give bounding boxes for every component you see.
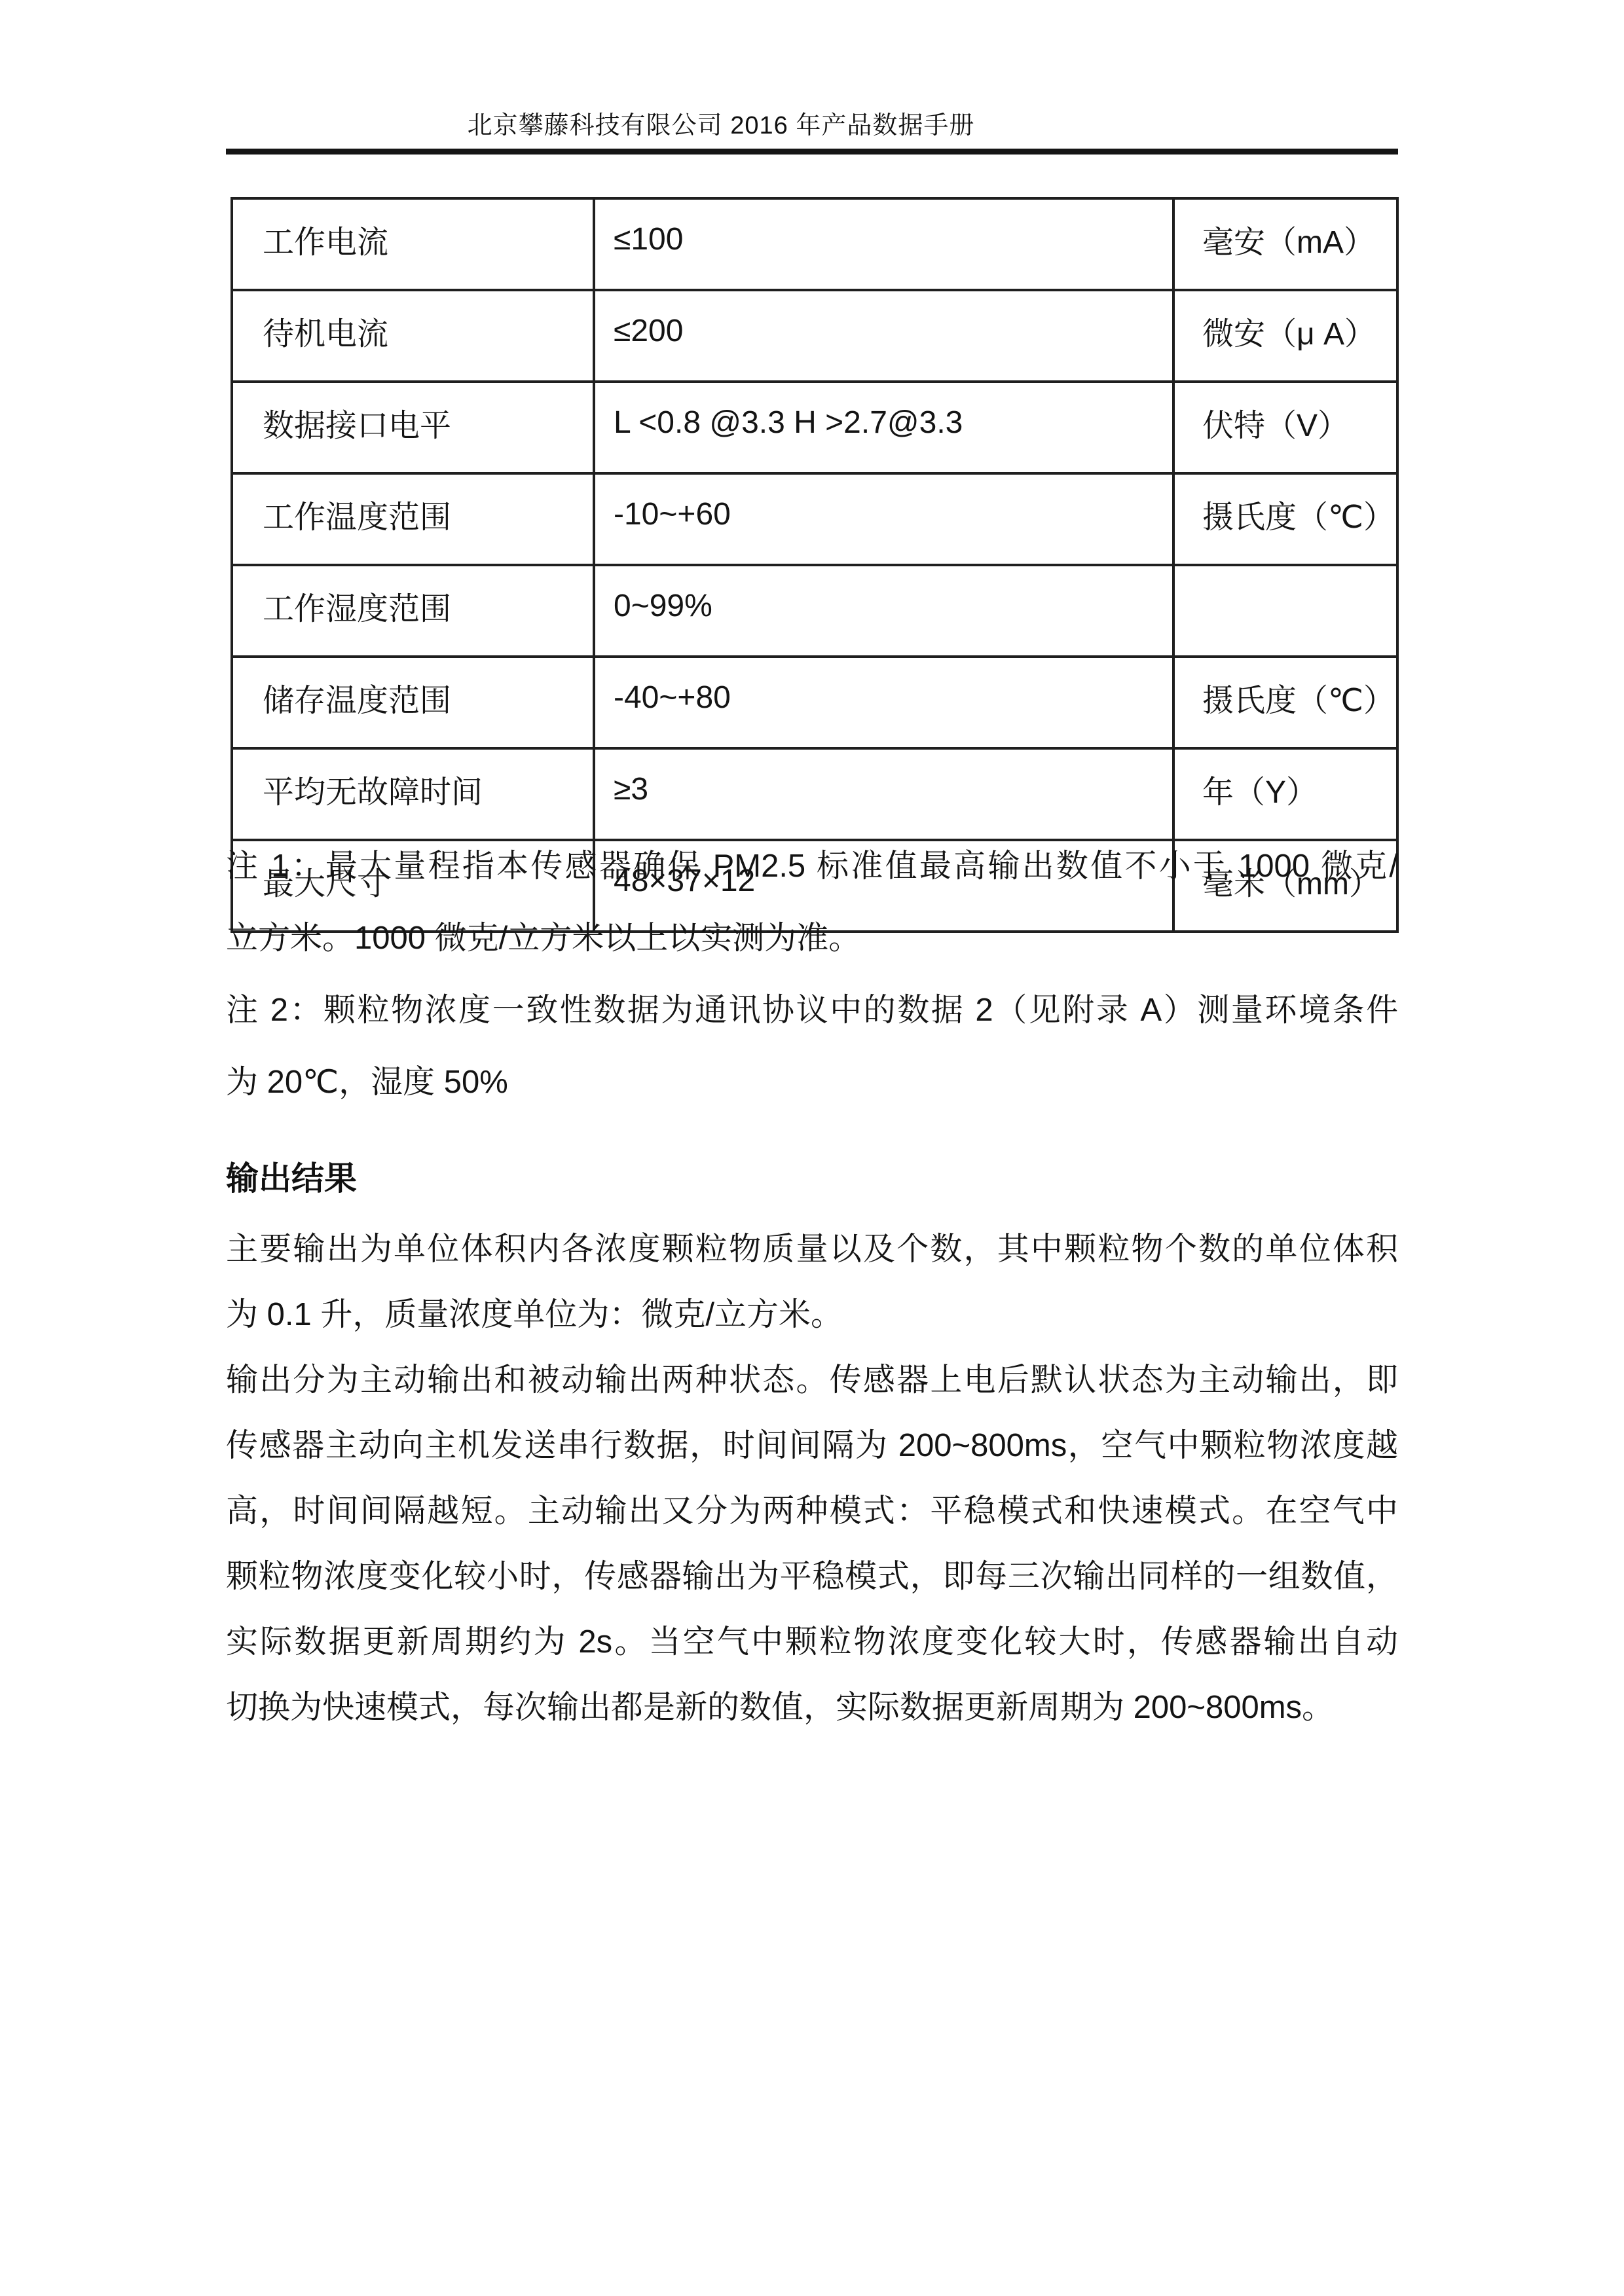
spec-label: 数据接口电平 (232, 382, 594, 473)
spec-label: 工作温度范围 (232, 473, 594, 565)
note-line: 注 1：最大量程指本传感器确保 PM2.5 标准值最高输出数值不小于 1000 … (226, 830, 1398, 902)
spec-label: 储存温度范围 (232, 657, 594, 748)
paragraph-line: 切换为快速模式，每次输出都是新的数值，实际数据更新周期为 200~800ms。 (226, 1675, 1398, 1740)
spec-unit: 摄氏度（℃） (1173, 473, 1397, 565)
spec-unit: 毫安（mA） (1173, 198, 1397, 290)
spec-value: L <0.8 @3.3 H >2.7@3.3 (594, 382, 1173, 473)
table-row: 数据接口电平 L <0.8 @3.3 H >2.7@3.3 伏特（V） (232, 382, 1397, 473)
spec-value: ≤100 (594, 198, 1173, 290)
paragraph-line: 高，时间间隔越短。主动输出又分为两种模式：平稳模式和快速模式。在空气中 (226, 1478, 1398, 1544)
spec-unit: 伏特（V） (1173, 382, 1397, 473)
spec-value: ≤200 (594, 290, 1173, 382)
output-section-heading: 输出结果 (226, 1144, 1398, 1213)
paragraph-line: 输出分为主动输出和被动输出两种状态。传感器上电后默认状态为主动输出，即 (226, 1347, 1398, 1413)
paragraph-line: 颗粒物浓度变化较小时，传感器输出为平稳模式，即每三次输出同样的一组数值， (226, 1544, 1398, 1609)
spec-label: 平均无故障时间 (232, 748, 594, 840)
spec-unit: 微安（μ A） (1173, 290, 1397, 382)
note-line: 注 2：颗粒物浓度一致性数据为通讯协议中的数据 2（见附录 A）测量环境条件 (226, 974, 1398, 1046)
spec-unit (1173, 565, 1397, 657)
paragraph-line: 为 0.1 升，质量浓度单位为：微克/立方米。 (226, 1282, 1398, 1347)
body-paragraphs: 主要输出为单位体积内各浓度颗粒物质量以及个数，其中颗粒物个数的单位体积 为 0.… (226, 1216, 1398, 1740)
table-row: 储存温度范围 -40~+80 摄氏度（℃） (232, 657, 1397, 748)
notes-block: 注 1：最大量程指本传感器确保 PM2.5 标准值最高输出数值不小于 1000 … (226, 830, 1398, 1118)
table-row: 工作湿度范围 0~99% (232, 565, 1397, 657)
table-row: 工作电流 ≤100 毫安（mA） (232, 198, 1397, 290)
spec-label: 工作电流 (232, 198, 594, 290)
table-row: 平均无故障时间 ≥3 年（Y） (232, 748, 1397, 840)
header-rule (226, 149, 1398, 155)
table-row: 待机电流 ≤200 微安（μ A） (232, 290, 1397, 382)
spec-value: 0~99% (594, 565, 1173, 657)
spec-unit: 摄氏度（℃） (1173, 657, 1397, 748)
spec-label: 待机电流 (232, 290, 594, 382)
note-line: 立方米。1000 微克/立方米以上以实测为准。 (226, 902, 1398, 974)
spec-value: -10~+60 (594, 473, 1173, 565)
doc-header-title: 北京攀藤科技有限公司 2016 年产品数据手册 (226, 105, 1216, 141)
note-line: 为 20℃，湿度 50% (226, 1046, 1398, 1118)
paragraph-line: 实际数据更新周期约为 2s。当空气中颗粒物浓度变化较大时，传感器输出自动 (226, 1609, 1398, 1675)
spec-table: 工作电流 ≤100 毫安（mA） 待机电流 ≤200 微安（μ A） 数据接口电… (231, 197, 1399, 933)
paragraph-line: 传感器主动向主机发送串行数据，时间间隔为 200~800ms，空气中颗粒物浓度越 (226, 1413, 1398, 1478)
spec-label: 工作湿度范围 (232, 565, 594, 657)
datasheet-page: 北京攀藤科技有限公司 2016 年产品数据手册 工作电流 ≤100 毫安（mA）… (0, 0, 1624, 2296)
spec-value: ≥3 (594, 748, 1173, 840)
table-row: 工作温度范围 -10~+60 摄氏度（℃） (232, 473, 1397, 565)
paragraph-line: 主要输出为单位体积内各浓度颗粒物质量以及个数，其中颗粒物个数的单位体积 (226, 1216, 1398, 1282)
spec-value: -40~+80 (594, 657, 1173, 748)
spec-unit: 年（Y） (1173, 748, 1397, 840)
